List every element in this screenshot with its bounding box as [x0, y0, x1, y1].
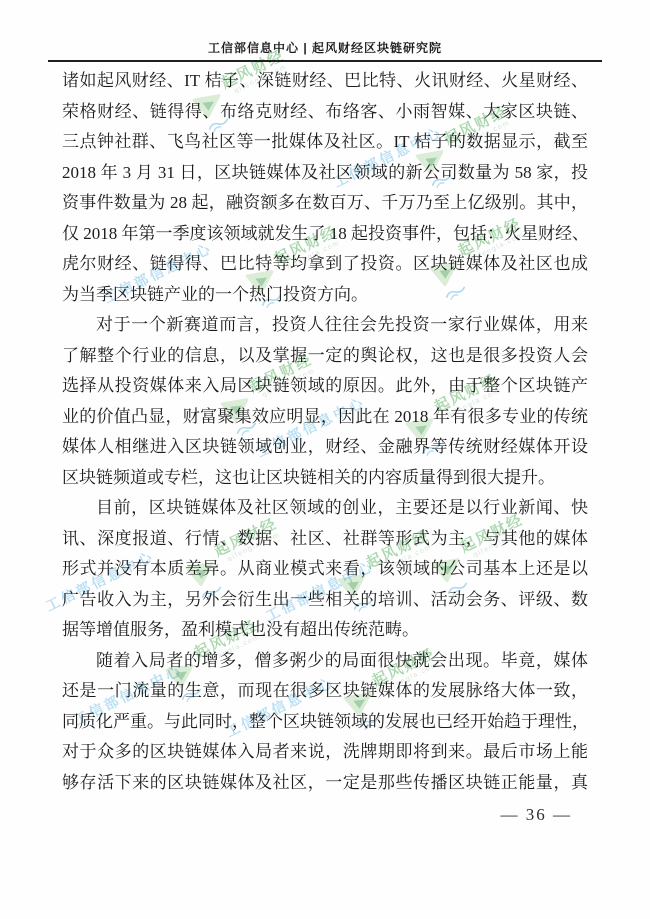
- text-line: 据等增值服务，盈利模式也没有超出传统范畴。: [62, 615, 588, 646]
- text-line: 2018 年 3 月 31 日，区块链媒体及社区领域的新公司数量为 58 家，投: [62, 158, 588, 189]
- text-line: 仅 2018 年第一季度该领域就发生了 18 起投资事件，包括：火星财经、: [62, 219, 588, 250]
- text-line: 选择从投资媒体来入局区块链领域的原因。此外，由于整个区块链产: [62, 371, 588, 402]
- text-line: 诸如起风财经、IT 桔子、深链财经、巴比特、火讯财经、火星财经、: [62, 66, 588, 97]
- text-line: 区块链频道或专栏，这也让区块链相关的内容质量得到很大提升。: [62, 463, 588, 494]
- document-body: 诸如起风财经、IT 桔子、深链财经、巴比特、火讯财经、火星财经、荣格财经、链得得…: [62, 66, 588, 798]
- text-line: 目前，区块链媒体及社区领域的创业，主要还是以行业新闻、快: [62, 493, 588, 524]
- text-line: 荣格财经、链得得、布络克财经、布络客、小雨智媒、大家区块链、: [62, 97, 588, 128]
- header-rule: [48, 60, 602, 62]
- document-page: 工信部信息中心 | 起风财经区块链研究院 诸如起风财经、IT 桔子、深链财经、巴…: [0, 0, 650, 919]
- text-line: 了解整个行业的信息，以及掌握一定的舆论权，这也是很多投资人会: [62, 341, 588, 372]
- header-title: 工信部信息中心 | 起风财经区块链研究院: [0, 39, 650, 56]
- text-line: 随着入局者的增多，僧多粥少的局面很快就会出现。毕竟，媒体: [62, 646, 588, 677]
- text-line: 形式并没有本质差异。从商业模式来看，该领域的公司基本上还是以: [62, 554, 588, 585]
- text-line: 对于一个新赛道而言，投资人往往会先投资一家行业媒体，用来: [62, 310, 588, 341]
- text-line: 媒体人相继进入区块链领域创业，财经、金融界等传统财经媒体开设: [62, 432, 588, 463]
- text-line: 讯、深度报道、行情、数据、社区、社群等形式为主，与其他的媒体: [62, 524, 588, 555]
- text-line: 业的价值凸显，财富聚集效应明显，因此在 2018 年有很多专业的传统: [62, 402, 588, 433]
- text-line: 资事件数量为 28 起，融资额多在数百万、千万乃至上亿级别。其中，: [62, 188, 588, 219]
- text-line: 为当季区块链产业的一个热门投资方向。: [62, 280, 588, 311]
- text-line: 广告收入为主，另外会衍生出一些相关的培训、活动会务、评级、数: [62, 585, 588, 616]
- text-line: 虎尔财经、链得得、巴比特等均拿到了投资。区块链媒体及社区也成: [62, 249, 588, 280]
- text-line: 够存活下来的区块链媒体及社区，一定是那些传播区块链正能量，真: [62, 768, 588, 799]
- text-line: 三点钟社群、飞鸟社区等一批媒体及社区。IT 桔子的数据显示，截至: [62, 127, 588, 158]
- text-line: 对于众多的区块链媒体入局者来说，洗牌期即将到来。最后市场上能: [62, 737, 588, 768]
- page-number: — 36 —: [501, 805, 573, 825]
- text-line: 同质化严重。与此同时，整个区块链领域的发展也已经开始趋于理性，: [62, 707, 588, 738]
- text-line: 还是一门流量的生意，而现在很多区块链媒体的发展脉络大体一致，: [62, 676, 588, 707]
